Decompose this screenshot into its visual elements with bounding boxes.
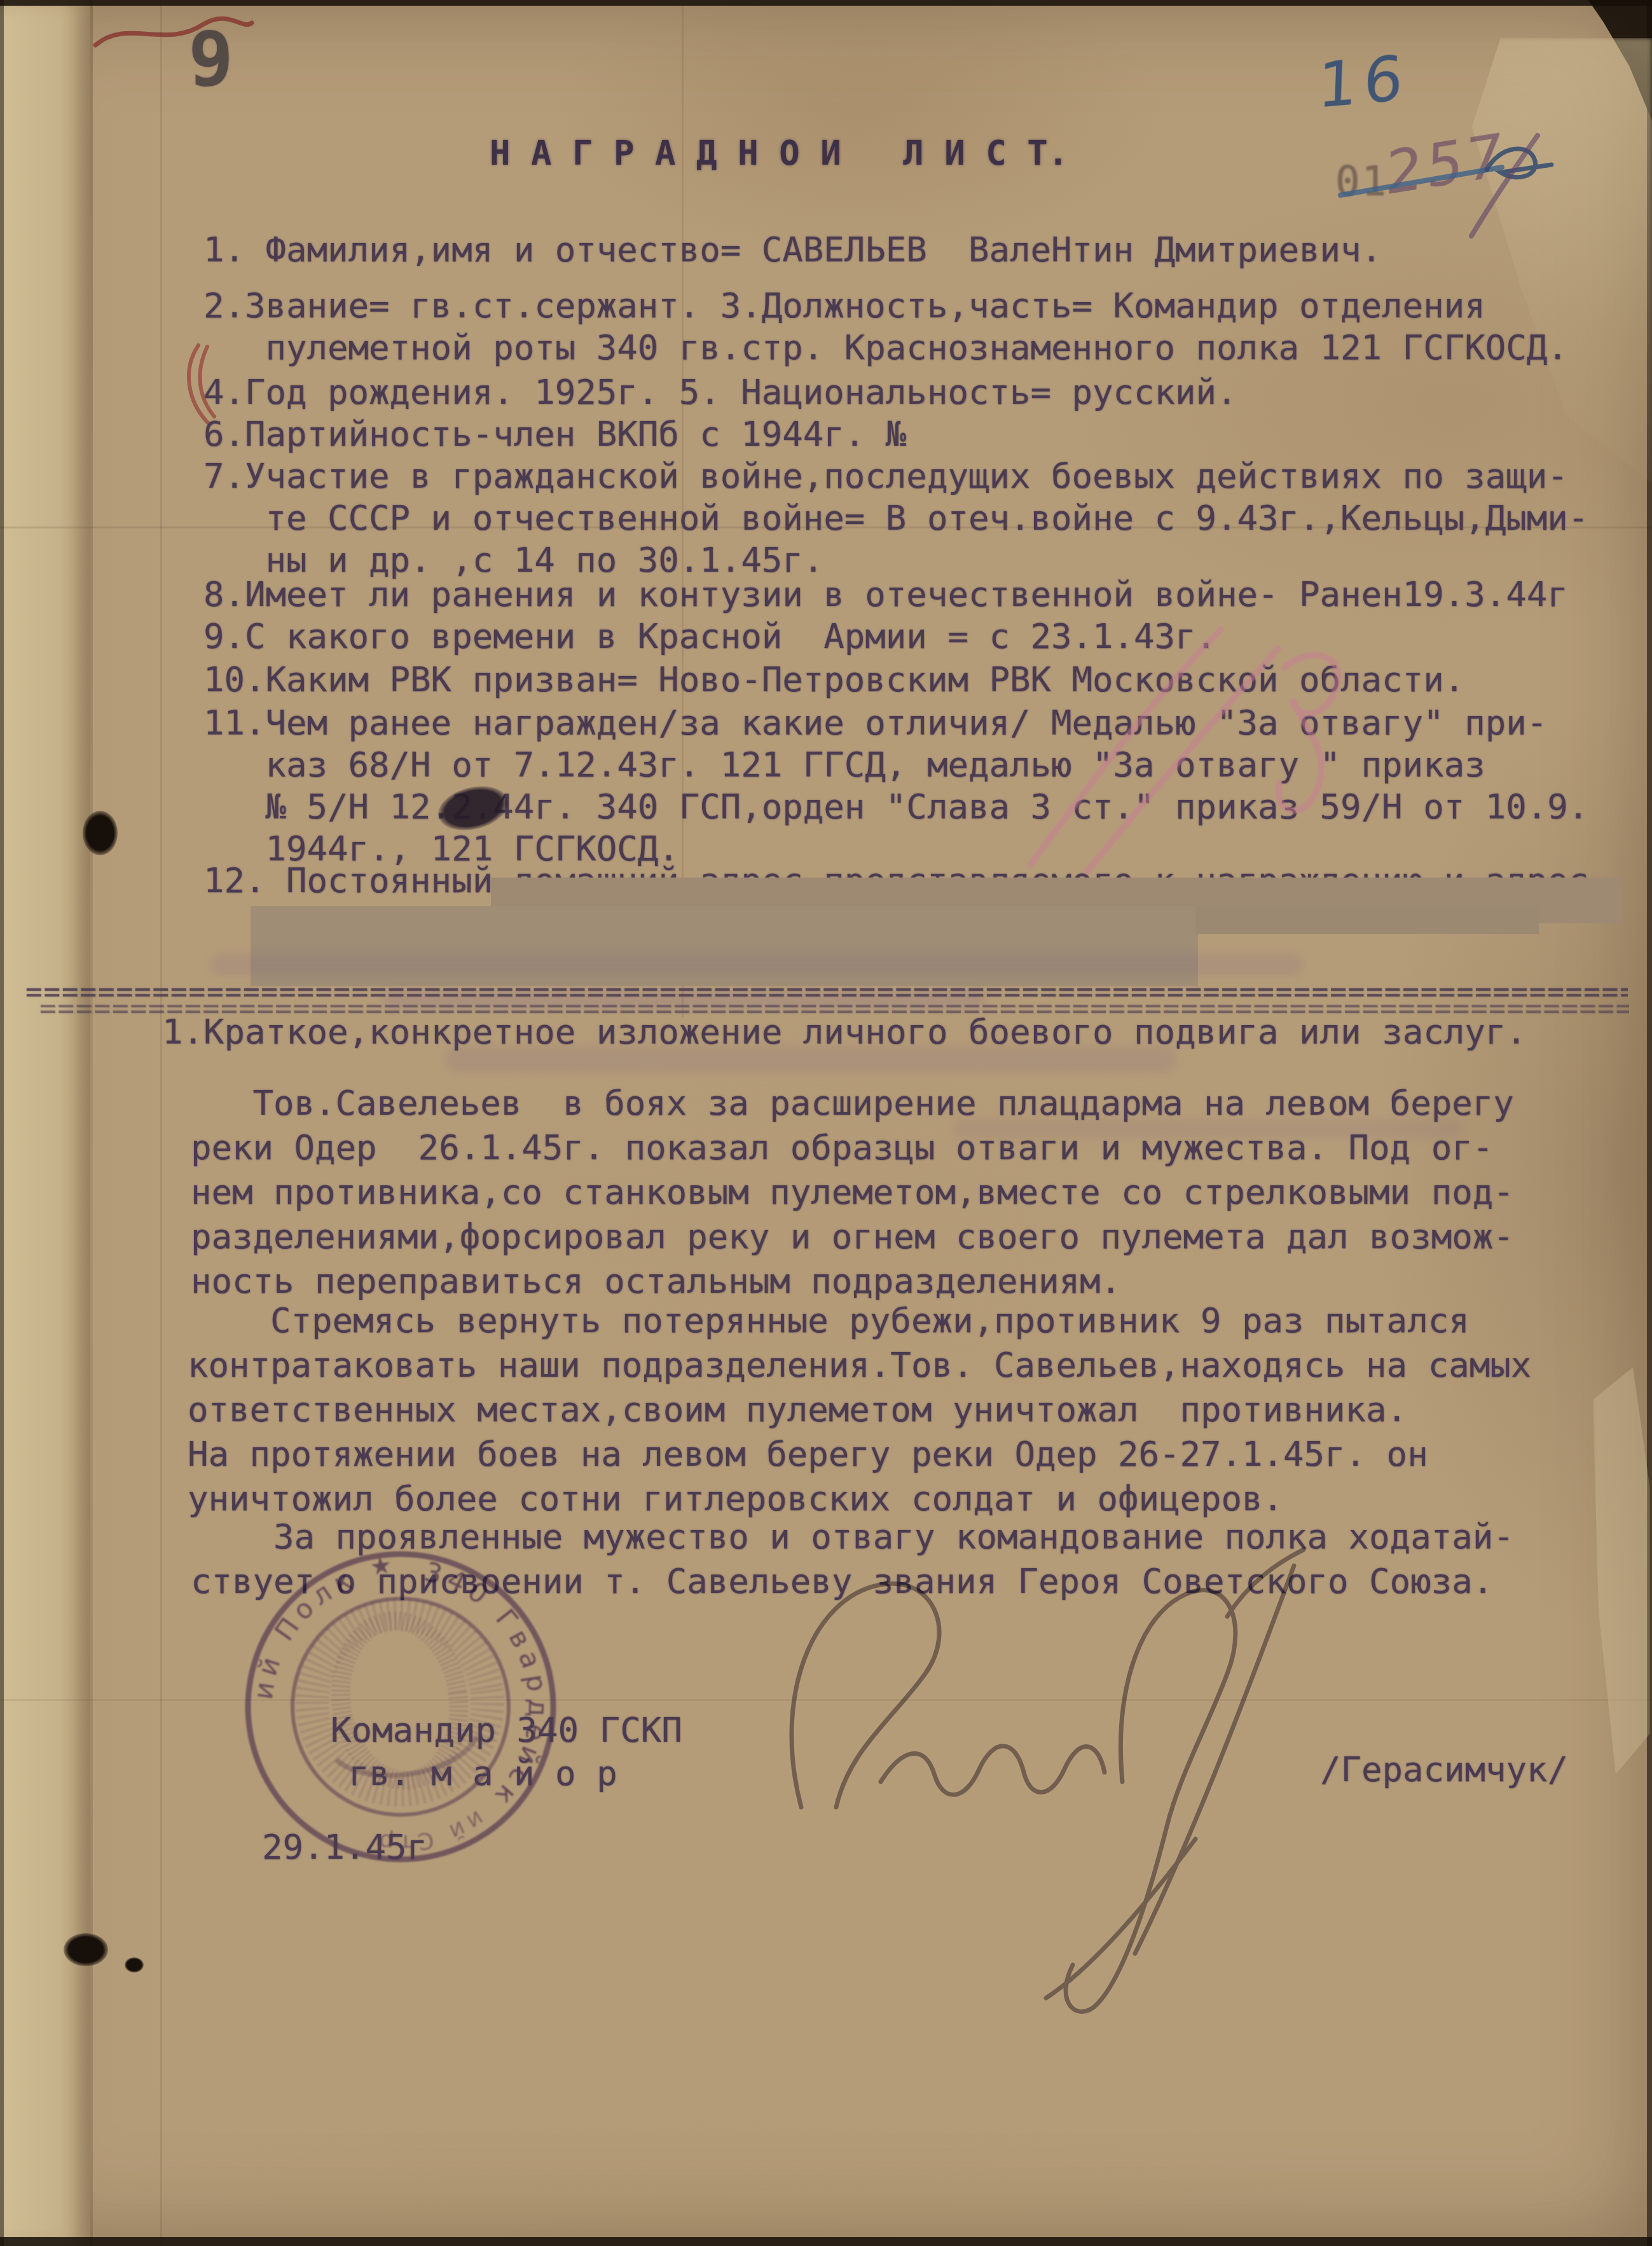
award-sheet-scan: 9 16 01 257 Н А Г Р А Д Н О И Л И С Т. 1… bbox=[0, 0, 1652, 2246]
stamp-star-icon: ★ bbox=[368, 1541, 394, 1584]
item-party: 6.Партийность-член ВКПб с 1944г. № bbox=[203, 413, 906, 455]
item-wounds: 8.Имеет ли ранения и контузии в отечеств… bbox=[203, 574, 1568, 616]
handwritten-index-number: 16 bbox=[1316, 41, 1410, 122]
document-title: Н А Г Р А Д Н О И Л И С Т. bbox=[490, 132, 1068, 174]
pink-pencil-annotation bbox=[1011, 610, 1380, 878]
paper-hole bbox=[125, 1957, 144, 1973]
strike-through-mark bbox=[1335, 130, 1564, 245]
paper-hole bbox=[64, 1933, 108, 1966]
scan-edge-left bbox=[0, 0, 4, 2246]
redaction-block bbox=[1195, 906, 1539, 934]
paper-crease bbox=[90, 0, 93, 2246]
scan-edge-top bbox=[0, 0, 1652, 6]
archival-page-number: 9 bbox=[188, 38, 233, 80]
commander-rank-line: гв. м а й о р bbox=[348, 1753, 617, 1795]
signature-date: 29.1.45г bbox=[262, 1826, 427, 1868]
feat-paragraph: Тов.Савелеьев в боях за расширение плацд… bbox=[191, 1081, 1514, 1304]
binding-edge-strip bbox=[0, 0, 90, 2246]
item-birth-nationality: 4.Год рождения. 1925г. 5. Национальность… bbox=[203, 371, 1237, 413]
paper-hole bbox=[83, 811, 118, 855]
item-rank-duty: 2.Звание= гв.ст.сержант. 3.Должность,час… bbox=[203, 285, 1568, 369]
svg-text:ий Полк: ий Полк bbox=[231, 1561, 375, 1705]
item-war-participation: 7.Участие в гражданской войне,последущих… bbox=[203, 455, 1588, 581]
feat-section-heading: 1.Краткое,конкретное изложение личного б… bbox=[162, 1011, 1527, 1053]
stamp-arc-left-text: ий Полк bbox=[231, 1561, 375, 1705]
handwritten-signature bbox=[690, 1508, 1485, 2030]
item-prior-awards: 11.Чем ранее награжден/за какие отличия/… bbox=[203, 702, 1588, 870]
struck-registration-number: 01 257 bbox=[1335, 130, 1564, 238]
red-ink-mark bbox=[89, 10, 261, 61]
torn-paper-patch bbox=[1593, 1367, 1650, 1774]
paper-crease bbox=[160, 0, 162, 2246]
torn-paper-patch bbox=[1463, 38, 1652, 483]
commander-position-line: Командир 340 ГСКП bbox=[331, 1709, 682, 1751]
feat-paragraph: Стремясь вернуть потерянные рубежи,проти… bbox=[188, 1299, 1531, 1521]
scan-edge-bottom bbox=[0, 2237, 1652, 2246]
item-name: 1. Фамилия,имя и отчество= САВЕЛЬЕВ Вале… bbox=[203, 229, 1382, 271]
